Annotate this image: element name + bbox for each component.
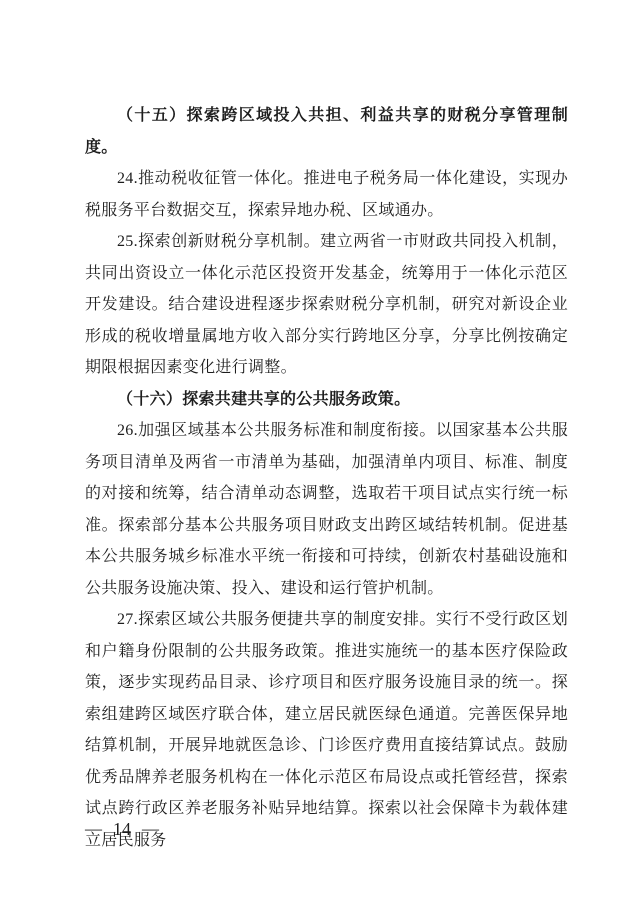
section-heading-15: （十五）探索跨区域投入共担、利益共享的财税分享管理制度。 — [85, 100, 568, 163]
document-page: （十五）探索跨区域投入共担、利益共享的财税分享管理制度。 24.推动税收征管一体… — [0, 0, 640, 905]
paragraph-25: 25.探索创新财税分享机制。建立两省一市财政共同投入机制，共同出资设立一体化示范… — [85, 226, 568, 384]
footer-dash-right: — — [142, 816, 159, 842]
page-footer: — 14 — — [85, 816, 159, 842]
footer-dash-left: — — [85, 816, 102, 842]
document-body: （十五）探索跨区域投入共担、利益共享的财税分享管理制度。 24.推动税收征管一体… — [85, 100, 568, 856]
paragraph-24: 24.推动税收征管一体化。推进电子税务局一体化建设，实现办税服务平台数据交互，探… — [85, 163, 568, 226]
paragraph-26: 26.加强区域基本公共服务标准和制度衔接。以国家基本公共服务项目清单及两省一市清… — [85, 415, 568, 604]
page-number: 14 — [113, 816, 131, 842]
section-heading-16: （十六）探索共建共享的公共服务政策。 — [85, 384, 568, 416]
